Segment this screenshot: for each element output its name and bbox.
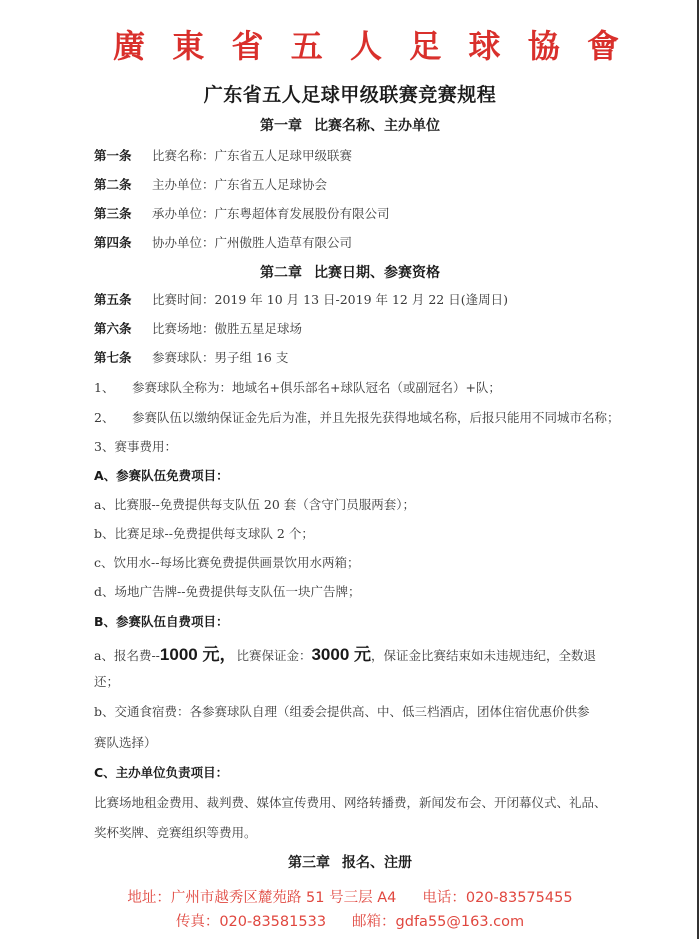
fee-prefix: a、报名费-- xyxy=(94,648,160,663)
section-c-heading: C、主办单位负责项目： xyxy=(94,763,228,781)
chapter-title: 报名、注册 xyxy=(342,855,412,871)
article-number: 第五条 xyxy=(94,290,152,308)
section-a-item: c、饮用水--每场比赛免费提供画景饮用水两箱； xyxy=(94,553,359,571)
address: 广州市越秀区麓苑路 51 号三层 A4 xyxy=(171,890,396,906)
chapter-title: 比赛名称、主办单位 xyxy=(314,118,440,134)
letterhead: 廣 東 省 五 人 足 球 協 會 xyxy=(0,22,700,66)
item-text: 参赛球队全称为：地域名+俱乐部名+球队冠名（或副冠名）+队； xyxy=(132,380,501,395)
article-3: 第三条 承办单位：广东粤超体育发展股份有限公司 xyxy=(94,204,390,222)
organization-name: 廣 東 省 五 人 足 球 協 會 xyxy=(106,21,626,67)
org-char: 球 xyxy=(462,21,508,67)
email-address: gdfa55@163.com xyxy=(396,914,525,930)
article-text: 比赛时间：2019 年 10 月 13 日-2019 年 12 月 22 日(逢… xyxy=(152,290,508,308)
org-char: 會 xyxy=(580,21,626,67)
section-a-item: d、场地广告牌--免费提供每支队伍一块广告牌； xyxy=(94,582,360,600)
article-text: 协办单位：广州傲胜人造草有限公司 xyxy=(152,233,352,251)
org-char: 五 xyxy=(284,21,330,67)
org-char: 足 xyxy=(402,21,448,67)
section-c-text-continued: 奖杯奖牌、竞赛组织等费用。 xyxy=(94,823,257,841)
section-b-item-a: a、报名费--1000 元，比赛保证金：3000 元，保证金比赛结束如未违规违纪… xyxy=(94,640,596,665)
article-text: 比赛名称：广东省五人足球甲级联赛 xyxy=(152,146,352,164)
article-1: 第一条 比赛名称：广东省五人足球甲级联赛 xyxy=(94,146,352,164)
numbered-item-2: 2、参赛队伍以缴纳保证金先后为准，并且先报先获得地域名称，后报只能用不同城市名称… xyxy=(94,408,620,426)
article-7: 第七条 参赛球队：男子组 16 支 xyxy=(94,348,288,366)
item-number: 1、 xyxy=(94,378,132,396)
org-char: 省 xyxy=(225,21,271,67)
footer-line-1: 地址：广州市越秀区麓苑路 51 号三层 A4电话：020-83575455 xyxy=(0,886,700,907)
address-label: 地址： xyxy=(127,890,171,906)
chapter-title: 比赛日期、参赛资格 xyxy=(314,265,440,281)
article-6: 第六条 比赛场地：傲胜五星足球场 xyxy=(94,319,302,337)
phone-number: 020-83575455 xyxy=(466,890,573,906)
item-text: 参赛队伍以缴纳保证金先后为准，并且先报先获得地域名称，后报只能用不同城市名称； xyxy=(132,410,620,425)
document-title: 广东省五人足球甲级联赛竞赛规程 xyxy=(0,80,700,107)
registration-fee: 1000 元 xyxy=(160,645,220,664)
chapter-heading-3: 第三章报名、注册 xyxy=(0,852,700,872)
numbered-item-1: 1、参赛球队全称为：地域名+俱乐部名+球队冠名（或副冠名）+队； xyxy=(94,378,501,396)
article-text: 参赛球队：男子组 16 支 xyxy=(152,348,288,366)
page-edge-rule xyxy=(697,0,699,939)
section-b-heading: B、参赛队伍自费项目： xyxy=(94,612,229,630)
article-number: 第三条 xyxy=(94,204,152,222)
org-char: 東 xyxy=(165,21,211,67)
article-number: 第一条 xyxy=(94,146,152,164)
item-number: 2、 xyxy=(94,408,132,426)
org-char: 廣 xyxy=(106,21,152,67)
section-a-item: b、比赛足球--免费提供每支球队 2 个； xyxy=(94,524,314,542)
article-text: 主办单位：广东省五人足球协会 xyxy=(152,175,327,193)
deposit-label: 比赛保证金： xyxy=(236,648,311,663)
section-a-item: a、比赛服--免费提供每支队伍 20 套（含守门员服两套）； xyxy=(94,495,415,513)
fax-number: 020-83581533 xyxy=(219,914,326,930)
chapter-number: 第三章 xyxy=(288,855,330,871)
org-char: 協 xyxy=(521,21,567,67)
article-text: 比赛场地：傲胜五星足球场 xyxy=(152,319,302,337)
chapter-number: 第二章 xyxy=(260,265,302,281)
section-b-item-b-continued: 赛队选择） xyxy=(94,733,157,751)
section-c-text: 比赛场地租金费用、裁判费、媒体宣传费用、网络转播费，新闻发布会、开闭幕仪式、礼品… xyxy=(94,793,607,811)
item-text: 赛事费用： xyxy=(114,439,177,454)
footer-line-2: 传真：020-83581533邮箱：gdfa55@163.com xyxy=(0,910,700,931)
section-b-item-a-continued: 还； xyxy=(94,672,119,690)
chapter-heading-2: 第二章比赛日期、参赛资格 xyxy=(0,262,700,282)
fax-label: 传真： xyxy=(176,914,220,930)
section-a-heading: A、参赛队伍免费项目： xyxy=(94,466,229,484)
phone-label: 电话： xyxy=(422,890,466,906)
article-number: 第七条 xyxy=(94,348,152,366)
article-number: 第四条 xyxy=(94,233,152,251)
article-2: 第二条 主办单位：广东省五人足球协会 xyxy=(94,175,327,193)
article-text: 承办单位：广东粤超体育发展股份有限公司 xyxy=(152,204,390,222)
separator: ， xyxy=(219,645,236,664)
deposit-amount: 3000 元 xyxy=(311,645,371,664)
deposit-terms: ，保证金比赛结束如未违规违纪，全数退 xyxy=(371,648,596,663)
article-number: 第二条 xyxy=(94,175,152,193)
chapter-number: 第一章 xyxy=(260,118,302,134)
item-number: 3、 xyxy=(94,439,114,454)
article-4: 第四条 协办单位：广州傲胜人造草有限公司 xyxy=(94,233,352,251)
email-label: 邮箱： xyxy=(352,914,396,930)
article-number: 第六条 xyxy=(94,319,152,337)
numbered-item-3: 3、赛事费用： xyxy=(94,437,177,455)
chapter-heading-1: 第一章比赛名称、主办单位 xyxy=(0,115,700,135)
org-char: 人 xyxy=(343,21,389,67)
section-b-item-b: b、交通食宿费：各参赛球队自理（组委会提供高、中、低三档酒店，团体住宿优惠价供参 xyxy=(94,702,590,720)
article-5: 第五条 比赛时间：2019 年 10 月 13 日-2019 年 12 月 22… xyxy=(94,290,508,308)
